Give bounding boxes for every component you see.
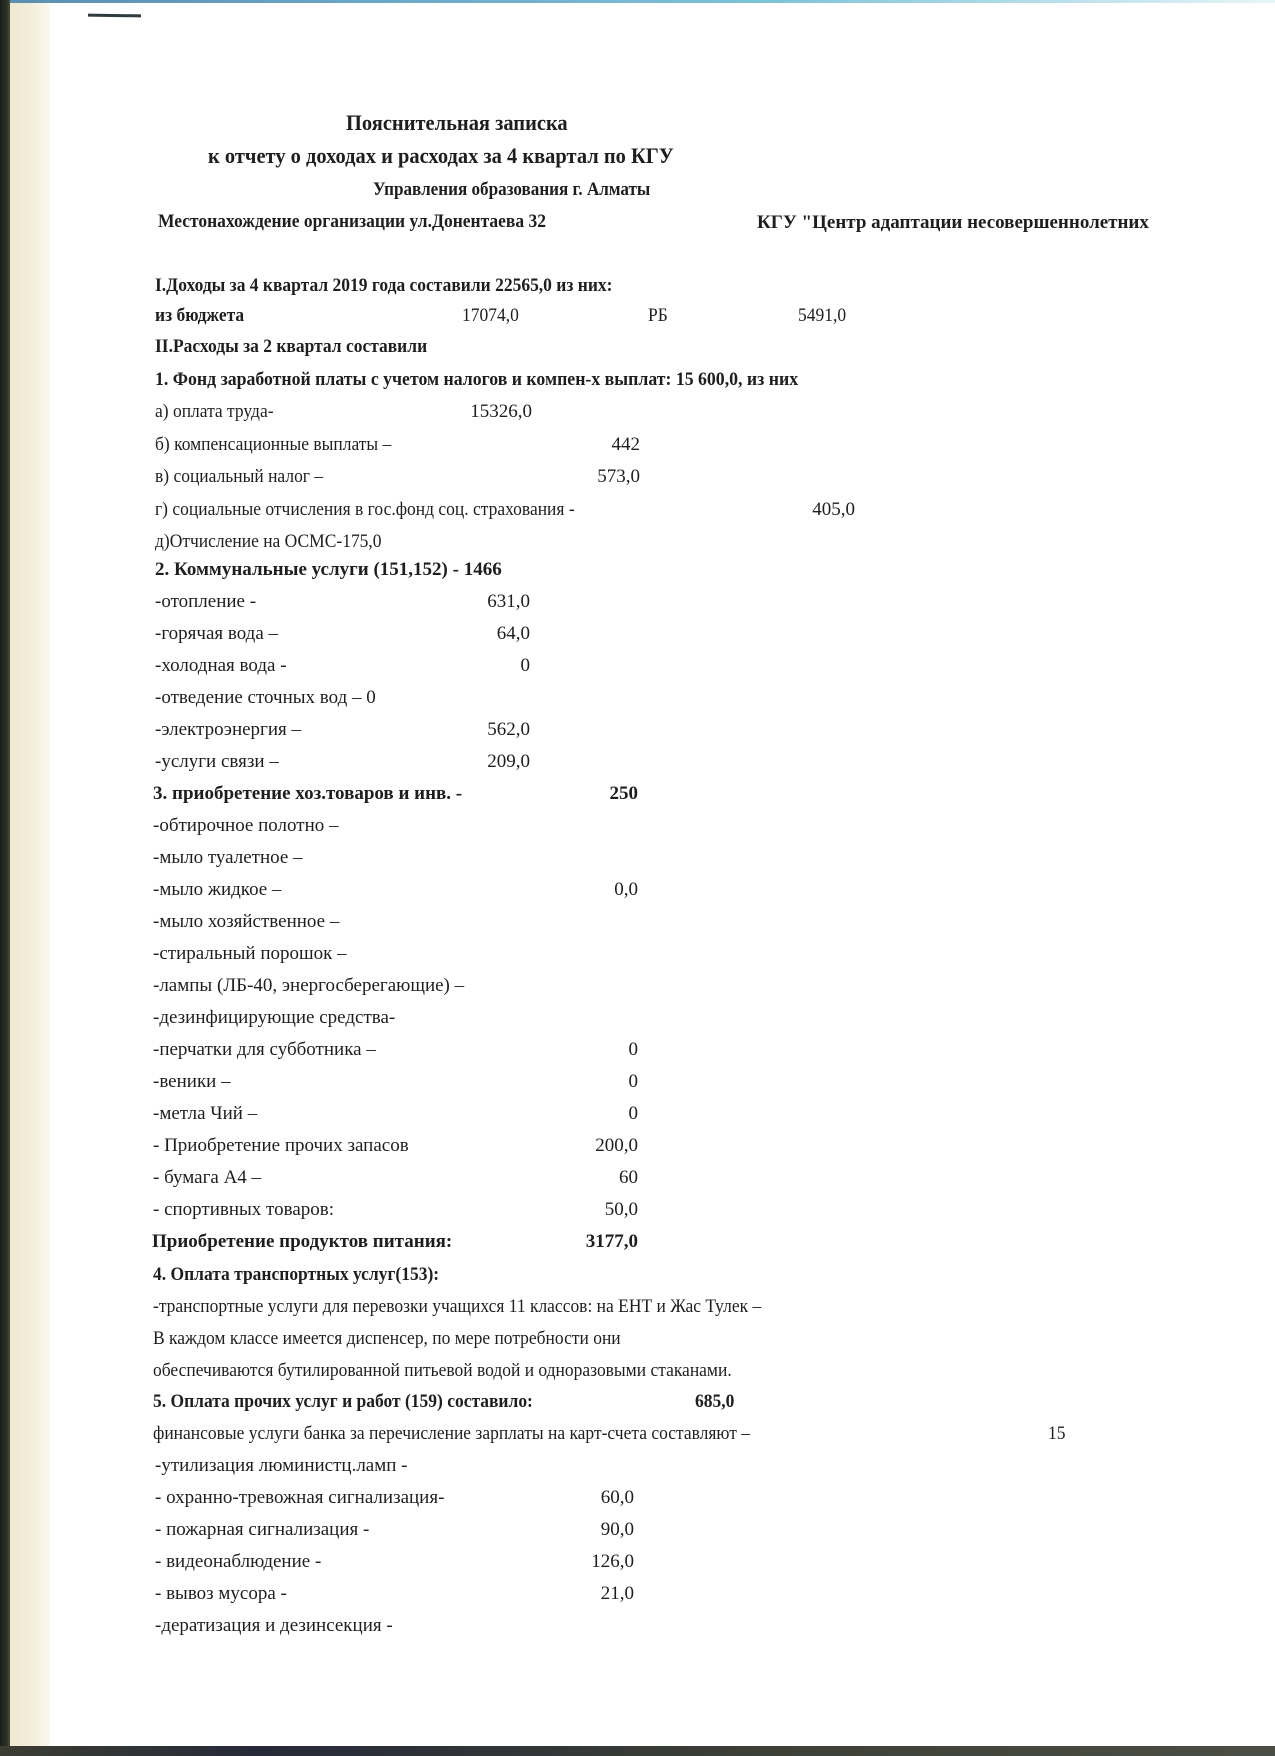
list-item-label: -стиральный порошок – <box>153 942 347 966</box>
income-rb-label: РБ <box>648 304 668 328</box>
list-item-label: -холодная вода - <box>155 654 287 678</box>
list-item-value: 200,0 <box>518 1134 638 1158</box>
list-item-label: - вывоз мусора - <box>155 1582 287 1606</box>
list-item-value: 90,0 <box>514 1518 634 1542</box>
list-item-value: 21,0 <box>514 1582 634 1606</box>
list-item-value: 405,0 <box>735 498 855 522</box>
list-item-value: 50,0 <box>518 1198 638 1222</box>
section2-heading: 2. Коммунальные услуги (151,152) - 1466 <box>155 558 502 582</box>
list-item-label: - пожарная сигнализация - <box>155 1518 369 1542</box>
list-item-label: - спортивных товаров: <box>153 1198 334 1222</box>
list-item-label: -отопление - <box>155 590 256 614</box>
list-item-label: -горячая вода – <box>155 622 278 646</box>
section3-heading: 3. приобретение хоз.товаров и инв. - <box>153 782 462 806</box>
food-purchase-label: Приобретение продуктов питания: <box>152 1230 452 1254</box>
list-item-label: д)Отчисление на ОСМС-175,0 <box>155 530 382 554</box>
scan-edge-left <box>0 0 10 1756</box>
list-item-label: -обтирочное полотно – <box>153 814 338 838</box>
list-item-value: 60 <box>518 1166 638 1190</box>
list-item-label: - бумага А4 – <box>153 1166 261 1190</box>
list-item-label: -веники – <box>153 1070 231 1094</box>
list-item-value: 64,0 <box>410 622 530 646</box>
list-item-value: 60,0 <box>514 1486 634 1510</box>
list-item-value: 15326,0 <box>412 400 532 424</box>
list-item-label: -мыло хозяйственное – <box>153 910 339 934</box>
scan-strip-left <box>10 0 50 1756</box>
list-item-value: 0 <box>518 1038 638 1062</box>
expenses-heading: II.Расходы за 2 квартал составили <box>155 335 427 359</box>
income-budget-label: из бюджета <box>155 304 244 328</box>
document-subtitle: к отчету о доходах и расходах за 4 кварт… <box>208 143 674 169</box>
document-page <box>50 3 1275 1746</box>
list-item-value: 631,0 <box>410 590 530 614</box>
list-item-value: 573,0 <box>520 465 640 489</box>
bank-services-value: 15 <box>1048 1422 1065 1446</box>
list-item-label: -лампы (ЛБ-40, энергосберегающие) – <box>153 974 464 998</box>
list-item-label: б) компенсационные выплаты – <box>155 433 391 457</box>
section5-heading-value: 685,0 <box>695 1390 734 1414</box>
list-item-label: -перчатки для субботника – <box>153 1038 376 1062</box>
section3-heading-value: 250 <box>540 782 638 806</box>
section4-line: обеспечиваются бутилированной питьевой в… <box>153 1359 732 1383</box>
scan-top-line <box>10 0 1275 3</box>
list-item-value: 0,0 <box>518 878 638 902</box>
list-item-label: - Приобретение прочих запасов <box>153 1134 409 1158</box>
list-item-label: -электроэнергия – <box>155 718 301 742</box>
list-item-label: - охранно-тревожная сигнализация- <box>155 1486 444 1510</box>
list-item-value: 0 <box>518 1102 638 1126</box>
list-item-label: - видеонаблюдение - <box>155 1550 321 1574</box>
list-item-value: 562,0 <box>410 718 530 742</box>
section4-line: -транспортные услуги для перевозки учащи… <box>153 1295 761 1319</box>
document-department: Управления образования г. Алматы <box>373 178 650 202</box>
list-item-label: -утилизация люминистц.ламп - <box>155 1454 408 1478</box>
food-purchase-value: 3177,0 <box>540 1230 638 1254</box>
list-item-label: г) социальные отчисления в гос.фонд соц.… <box>155 498 575 522</box>
list-item-label: -дератизация и дезинсекция - <box>155 1614 393 1638</box>
section4-heading: 4. Оплата транспортных услуг(153): <box>153 1263 439 1287</box>
document-title: Пояснительная записка <box>346 110 568 136</box>
list-item-label: -мыло туалетное – <box>153 846 303 870</box>
income-budget-value: 17074,0 <box>462 304 519 328</box>
scan-bottom-band <box>0 1746 1275 1756</box>
list-item-label: -метла Чий – <box>153 1102 257 1126</box>
bank-services-label: финансовые услуги банка за перечисление … <box>153 1422 750 1446</box>
list-item-label: -отведение сточных вод – 0 <box>155 686 376 710</box>
list-item-label: -мыло жидкое – <box>153 878 282 902</box>
section1-heading: 1. Фонд заработной платы с учетом налого… <box>155 368 798 392</box>
list-item-label: в) социальный налог – <box>155 465 323 489</box>
list-item-label: а) оплата труда- <box>155 400 274 424</box>
list-item-value: 0 <box>518 1070 638 1094</box>
list-item-label: -услуги связи – <box>155 750 279 774</box>
list-item-value: 209,0 <box>410 750 530 774</box>
list-item-value: 126,0 <box>514 1550 634 1574</box>
income-heading: I.Доходы за 4 квартал 2019 года составил… <box>155 274 612 298</box>
section4-line: В каждом классе имеется диспенсер, по ме… <box>153 1327 621 1351</box>
organization-name: КГУ "Центр адаптации несовершеннолетних <box>757 211 1187 235</box>
list-item-value: 442 <box>520 433 640 457</box>
section5-heading: 5. Оплата прочих услуг и работ (159) сос… <box>153 1390 533 1414</box>
list-item-value: 0 <box>410 654 530 678</box>
list-item-label: -дезинфицирующие средства- <box>153 1006 395 1030</box>
organization-location: Местонахождение организации ул.Донентаев… <box>158 210 546 234</box>
income-rb-value: 5491,0 <box>798 304 846 328</box>
